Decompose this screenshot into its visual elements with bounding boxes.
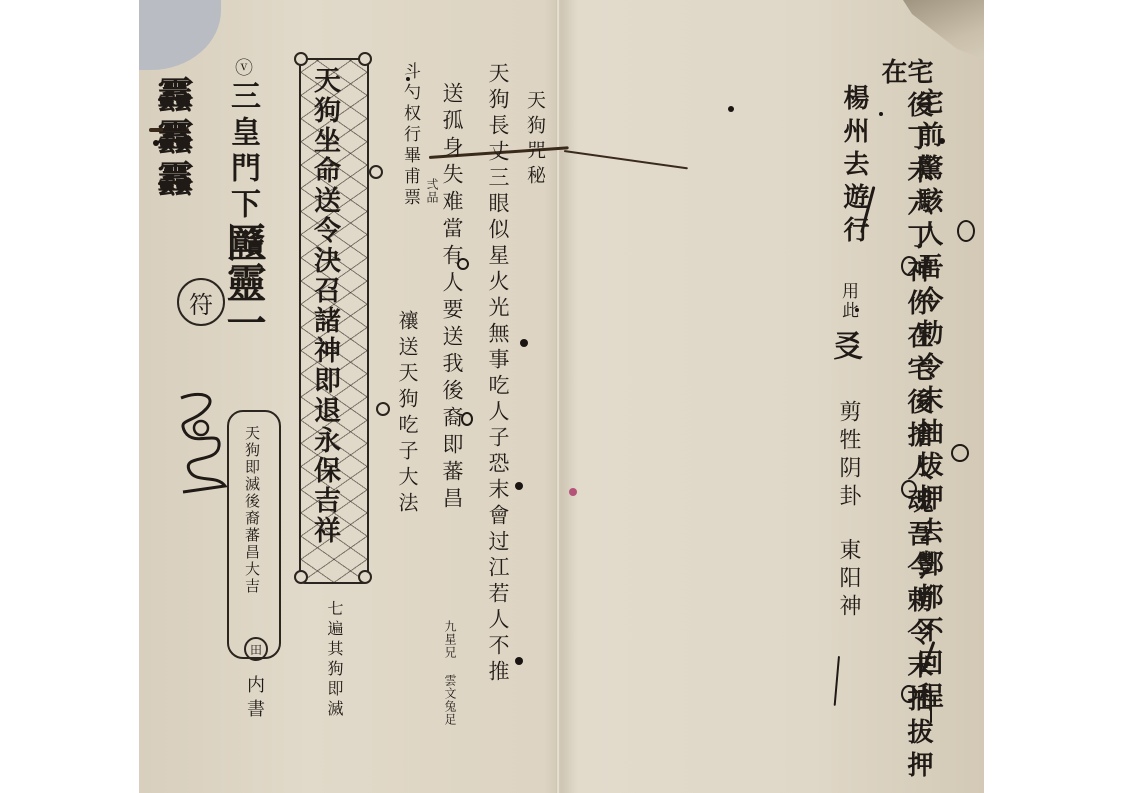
- circle-mark: [951, 444, 969, 462]
- field-seal: 田: [244, 637, 268, 661]
- left-col-e-big: 㔶靈一: [223, 222, 263, 342]
- left-circle-seal: 符: [177, 278, 225, 326]
- talisman-knot: [294, 570, 308, 584]
- start-mark: ⓥ: [233, 58, 251, 82]
- ink-dot: [939, 138, 945, 144]
- left-col-a: 天狗長丈三眼似星火光無事吃人子恐末會过江若人不推: [487, 62, 508, 686]
- talisman-knot: [376, 402, 390, 416]
- circle-mark: [457, 258, 469, 270]
- left-col-c-top: 斗勺权行畢甫票: [401, 62, 418, 209]
- left-col-c-bottom: 禳送天狗吃子大法: [397, 310, 417, 518]
- circle-mark: [957, 220, 975, 242]
- torn-corner-top-left: [139, 0, 221, 70]
- left-col-e-top: 三皇門下: [227, 80, 257, 224]
- right-col-4-top: 用此: [839, 282, 856, 320]
- page-spine-fold: [556, 0, 560, 793]
- sigil-scribble-icon: [171, 388, 241, 498]
- ink-dot: [520, 339, 528, 347]
- left-col-b: 送孤身失难當有人要送我後裔即蕃昌: [441, 82, 462, 514]
- circle-mark: [901, 256, 917, 276]
- ink-dot: [153, 140, 159, 146]
- left-col-e-bottom: 内書: [245, 675, 263, 723]
- red-stain: [569, 488, 577, 496]
- ink-dot: [855, 308, 859, 312]
- left-title: 天狗咒秘: [525, 90, 544, 190]
- ink-dot: [879, 112, 883, 116]
- right-col-6: 東阳神: [837, 538, 859, 622]
- left-col-c-side: 弍品: [426, 178, 438, 204]
- ink-dot: [406, 77, 410, 81]
- end-stroke: [834, 656, 840, 706]
- talisman-knot: [358, 52, 372, 66]
- end-stroke: [930, 693, 932, 723]
- talisman-knot: [358, 570, 372, 584]
- left-col-f: 䨺䨺䨺: [155, 76, 191, 202]
- right-col-4-sigil: 㕛: [829, 330, 859, 366]
- left-col-b-note: 九星兄 雲文兔足: [444, 620, 456, 726]
- circle-mark: [461, 412, 473, 426]
- talisman-text: 天狗坐命送令決召諸神即退永保吉祥: [311, 66, 338, 546]
- talisman-knot: [294, 52, 308, 66]
- talisman-knot: [369, 165, 383, 179]
- ink-dot: [515, 482, 523, 490]
- ink-dot: [515, 657, 523, 665]
- ink-dot: [728, 106, 734, 112]
- left-col-e-inner: 天狗即滅後裔蕃昌大吉: [244, 425, 259, 595]
- circle-mark: [901, 480, 917, 498]
- right-col-2: 宅後丁未六丁神你在宅後搶人魂吾今勅令末抽拔押在: [879, 58, 931, 793]
- talisman-footer: 七遍其狗即滅: [326, 600, 342, 720]
- paper-crack: [564, 150, 688, 169]
- right-col-5: 剪牲阴卦: [837, 400, 859, 512]
- manuscript-scan: 宅前驚駭人吾今勅令末抽拔押去酆都不回程 宅後丁未六丁神你在宅後搶人魂吾今勅令末抽…: [139, 0, 984, 793]
- circle-mark: [901, 685, 917, 703]
